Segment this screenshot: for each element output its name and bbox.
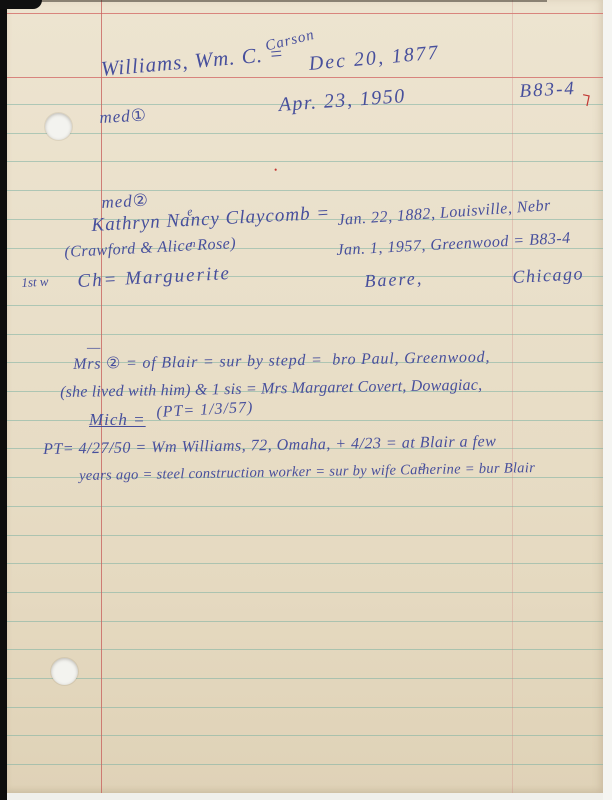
wife-death: Jan. 1, 1957, Greenwood = B83-4 (336, 231, 571, 260)
ruled-line-teal (7, 161, 603, 162)
carson-superscript: Carson (264, 28, 317, 55)
ruled-line-teal (7, 334, 603, 335)
child-married-name: Baere, (364, 269, 424, 291)
ruled-line-teal (7, 133, 603, 134)
married-2-note: med② (101, 192, 149, 212)
child-city: Chicago (512, 264, 584, 287)
scan-edge-left (0, 0, 7, 800)
ruled-line-teal (7, 621, 603, 622)
wife-parents: (Crawford & Alice Rose) (64, 236, 237, 262)
married-1-note: med① (99, 107, 147, 127)
ruled-line-teal (7, 563, 603, 564)
hole-punch-bottom (51, 658, 78, 685)
ruled-line-teal (7, 707, 603, 708)
surname-line: Williams, Wm. C. = (100, 42, 285, 80)
red-dot-mark: • (274, 166, 277, 175)
reference-code-top: B83-4 (519, 79, 576, 102)
scan-edge-right (603, 0, 612, 800)
faint-crease-line (512, 0, 513, 793)
scan-corner-top-left (0, 0, 42, 9)
ruled-line-teal (7, 649, 603, 650)
ruled-line-teal (7, 678, 603, 679)
pt-obit-line-1: PT= 4/27/50 = Wm Williams, 72, Omaha, + … (43, 434, 496, 459)
nancy-superscript: e (186, 205, 193, 218)
ruled-paper: Williams, Wm. C. =CarsonDec 20, 1877Apr.… (7, 0, 603, 793)
ruled-line-teal (7, 764, 603, 765)
obit-line-1: Mrs ② = of Blair = sur by stepd = bro Pa… (73, 350, 490, 374)
ruled-line-teal (7, 190, 603, 191)
obit-line-3-state: Mich = (89, 411, 146, 429)
scan-edge-bottom (7, 793, 603, 800)
ruled-line-red (7, 13, 603, 14)
hole-punch-top (45, 113, 72, 140)
dash-mark: — (87, 341, 100, 357)
ruled-line-red (7, 77, 603, 78)
pt-obit-line-2: years ago = steel construction worker = … (79, 461, 535, 484)
ruled-line-teal (7, 535, 603, 536)
ruled-line-teal (7, 735, 603, 736)
ruled-line-teal (7, 592, 603, 593)
death-date: Apr. 23, 1950 (278, 86, 406, 116)
alice-superscript: n (190, 239, 196, 251)
wife2-superscript: 2 (420, 463, 425, 474)
obit-line-2: (she lived with him) & 1 sis = Mrs Marga… (60, 378, 482, 402)
wife-birth: Jan. 22, 1882, Louisville, Nebr (337, 198, 551, 230)
ruled-line-teal (7, 506, 603, 507)
scan-edge-top (7, 0, 547, 2)
birth-date: Dec 20, 1877 (308, 43, 441, 75)
scanned-page: Williams, Wm. C. =CarsonDec 20, 1877Apr.… (0, 0, 612, 800)
ruled-line-teal (7, 305, 603, 306)
obit-line-3-source: (PT= 1/3/57) (156, 400, 254, 422)
first-wife-note: 1st w (21, 275, 49, 290)
red-checkmark: ┐ (581, 86, 596, 106)
